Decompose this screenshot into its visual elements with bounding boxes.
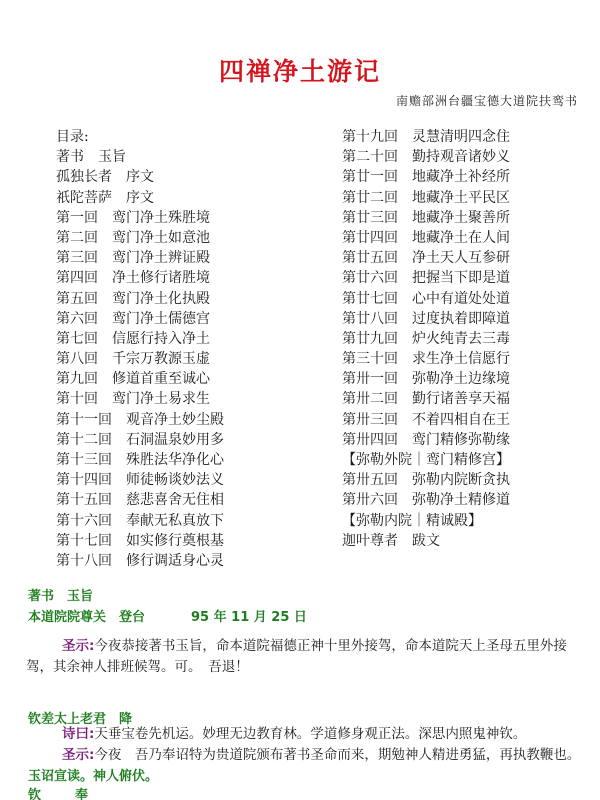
toc-entry: 第十二回石洞温泉妙用多 [56,430,224,450]
toc-entry: 第卅三回不着四相自在王 [342,410,510,430]
toc-entry: 第卅四回鸾门精修弥勒缘 [342,430,510,450]
document-subtitle: 南赡部洲台疆宝德大道院扶鸾书 [396,92,578,109]
toc-entry-title: 如实修行奠根基 [126,533,224,549]
toc-entry: 第八回千宗万教源玉虚 [56,349,224,369]
toc-entry-number: 第九回 [56,369,98,389]
toc-entry: 第卅二回勤行诸善享天福 [342,389,510,409]
toc-entry-number: 第卅六回 [342,490,398,510]
toc-entry-title: 慈悲喜舍无住相 [126,492,224,508]
closing-b: 奉 [75,788,88,800]
toc-entry-number: 祇陀菩萨 [56,188,112,208]
decree-text-2: 今夜 吾乃奉诏特为贵道院颁布著书圣命而来，期勉神人精进勇猛，再执教鞭也。 [94,747,580,763]
toc-entry-number: 第十七回 [56,531,112,551]
toc-entry-number: 迦叶尊者 [342,531,398,551]
toc-entry-title: 殊胜法华净化心 [126,452,224,468]
toc-entry-number: 第廿八回 [342,309,398,329]
closing-a: 钦 [28,788,41,800]
toc-entry-number: 第卅二回 [342,389,398,409]
toc-entry-title: 净土修行诸胜境 [112,270,210,286]
toc-entry-title: 鸾门净土化执殿 [112,291,210,307]
toc-entry-title: 过度执着即障道 [412,311,510,327]
decree-label: 圣示: [62,638,94,654]
toc-entry-number: 第五回 [56,289,98,309]
toc-entry-number: 第十二回 [56,430,112,450]
toc-entry: 第廿二回地藏净土平民区 [342,188,510,208]
section-title: 著书 玉旨 [28,585,93,604]
toc-entry-number: 第三回 [56,248,98,268]
toc-entry-title: 鸾门净土辨证殿 [112,250,210,266]
toc-entry-title: 玉旨 [98,149,126,165]
toc-entry: 第十三回殊胜法华净化心 [56,450,224,470]
toc-entry: 第九回修道首重至诚心 [56,369,224,389]
toc-entry: 第廿四回地藏净土在人间 [342,228,510,248]
toc-entry: 第三十回求生净土信愿行 [342,349,510,369]
toc-entry-number: 第二十回 [342,147,398,167]
toc-entry-number: 第廿四回 [342,228,398,248]
toc-entry-number: 第廿七回 [342,289,398,309]
poem-text: 天垂宝卷先机运。妙理无边教育林。学道修身观正法。深思内照鬼神钦。 [94,726,526,742]
toc-entry: 迦叶尊者跋文 [342,531,510,551]
toc-entry-number: 第卅三回 [342,410,398,430]
toc-entry-title: 弥勒净土边缘境 [412,371,510,387]
toc-entry-number: 【弥勒外院｜鸾门精修宫】 [342,450,510,470]
poem-label: 诗曰: [62,726,94,742]
toc-entry-title: 勤持观音诸妙义 [412,149,510,165]
toc-entry-number: 第十四回 [56,470,112,490]
toc-entry-number: 第十八回 [56,551,112,571]
toc-entry: 第七回信愿行持入净土 [56,329,224,349]
toc-entry-number: 第廿二回 [342,188,398,208]
toc-entry-title: 鸾门净土如意池 [112,230,210,246]
toc-entry-number: 第廿五回 [342,248,398,268]
toc-entry-number: 第二回 [56,228,98,248]
toc-entry-title: 序文 [126,190,154,206]
toc-entry-title: 鸾门净土易求生 [112,391,210,407]
toc-entry-title: 把握当下即是道 [412,270,510,286]
toc-entry: 第十四回师徒畅谈妙法义 [56,470,224,490]
toc-entry-number: 第卅一回 [342,369,398,389]
toc-entry: 第卅六回弥勒净土精修道 [342,490,510,510]
toc-entry-title: 求生净土信愿行 [412,351,510,367]
toc-heading: 目录: [56,127,224,147]
toc-entry-title: 石洞温泉妙用多 [126,432,224,448]
decree-paragraph-1: 圣示:今夜恭接著书玉旨，命本道院福德正神十里外接驾，命本道院天上圣母五里外接驾，… [26,636,586,678]
toc-entry-title: 弥勒净土精修道 [412,492,510,508]
toc-entry-number: 【弥勒内院｜精诚殿】 [342,511,482,531]
toc-entry: 第廿三回地藏净土聚善所 [342,208,510,228]
toc-entry-title: 观音净土妙尘殿 [126,412,224,428]
closing-line: 钦奉 [28,784,88,800]
toc-entry: 第廿六回把握当下即是道 [342,268,510,288]
toc-entry: 第十回鸾门净土易求生 [56,389,224,409]
toc-entry: 第廿五回净土天人互参研 [342,248,510,268]
imperial-decree-line: 玉诏宣读。神人俯伏。 [28,765,158,784]
toc-entry-number: 第十一回 [56,410,112,430]
toc-entry-number: 第一回 [56,208,98,228]
decree-line-2: 圣示:今夜 吾乃奉诏特为贵道院颁布著书圣命而来，期勉神人精进勇猛，再执教鞭也。 [26,745,586,766]
toc-entry-title: 净土天人互参研 [412,250,510,266]
toc-entry-title: 地藏净土在人间 [412,230,510,246]
toc-entry-number: 第三十回 [342,349,398,369]
toc-entry-number: 第十回 [56,389,98,409]
toc-entry-number: 第十九回 [342,127,398,147]
toc-entry-number: 孤独长者 [56,167,112,187]
toc-entry-number: 第十五回 [56,490,112,510]
toc-entry-number: 第卅五回 [342,470,398,490]
toc-entry-number: 第廿三回 [342,208,398,228]
toc-entry-title: 修道首重至诚心 [112,371,210,387]
toc-entry: 第五回鸾门净土化执殿 [56,289,224,309]
toc-entry-number: 第十三回 [56,450,112,470]
toc-entry-title: 炉火纯青去三毒 [412,331,510,347]
toc-entry: 第廿八回过度执着即障道 [342,309,510,329]
toc-entry-title: 勤行诸善享天福 [412,391,510,407]
session-line: 本道院院尊关 登台95 年 11 月 25 日 [28,606,307,625]
toc-entry-title: 鸾门精修弥勒缘 [412,432,510,448]
toc-entry-number: 第十六回 [56,511,112,531]
toc-entry-title: 鸾门净土殊胜境 [112,210,210,226]
toc-entry-title: 不着四相自在王 [412,412,510,428]
toc-entry: 第十一回观音净土妙尘殿 [56,410,224,430]
toc-entry: 【弥勒外院｜鸾门精修宫】 [342,450,510,470]
toc-entry-number: 第七回 [56,329,98,349]
toc-left-column: 目录: 著书玉旨孤独长者序文祇陀菩萨序文第一回鸾门净土殊胜境第二回鸾门净土如意池… [56,127,224,571]
toc-entry: 第二回鸾门净土如意池 [56,228,224,248]
toc-entry: 第三回鸾门净土辨证殿 [56,248,224,268]
toc-entry: 第十六回奉献无私真放下 [56,511,224,531]
toc-entry: 第十九回灵慧清明四念住 [342,127,510,147]
toc-entry: 第廿七回心中有道处处道 [342,289,510,309]
toc-entry: 第十七回如实修行奠根基 [56,531,224,551]
toc-entry-title: 地藏净土补经所 [412,169,510,185]
poem-line: 诗曰:天垂宝卷先机运。妙理无边教育林。学道修身观正法。深思内照鬼神钦。 [26,724,586,745]
toc-entry: 祇陀菩萨序文 [56,188,224,208]
toc-entry: 第十八回修行调适身心灵 [56,551,224,571]
toc-entry-title: 心中有道处处道 [412,291,510,307]
toc-entry-title: 修行调适身心灵 [126,553,224,569]
toc-entry-title: 千宗万教源玉虚 [112,351,210,367]
toc-entry-title: 跋文 [412,533,440,549]
toc-entry-number: 第四回 [56,268,98,288]
document-title: 四禅净土游记 [0,52,600,88]
session-host: 本道院院尊关 登台 [28,610,145,625]
toc-entry-title: 奉献无私真放下 [126,513,224,529]
toc-entry-title: 地藏净土聚善所 [412,210,510,226]
toc-entry-number: 第卅四回 [342,430,398,450]
toc-entry-number: 第廿九回 [342,329,398,349]
toc-entry-number: 第廿六回 [342,268,398,288]
toc-entry: 第廿九回炉火纯青去三毒 [342,329,510,349]
toc-entry-number: 第六回 [56,309,98,329]
toc-entry-title: 序文 [126,169,154,185]
toc-entry: 第一回鸾门净土殊胜境 [56,208,224,228]
toc-entry: 孤独长者序文 [56,167,224,187]
toc-entry: 第六回鸾门净土儒德宫 [56,309,224,329]
decree-label-2: 圣示: [62,747,94,763]
toc-entry-number: 第廿一回 [342,167,398,187]
toc-entry: 【弥勒内院｜精诚殿】 [342,511,510,531]
toc-entry-number: 第八回 [56,349,98,369]
poem-and-decree: 诗曰:天垂宝卷先机运。妙理无边教育林。学道修身观正法。深思内照鬼神钦。 圣示:今… [26,724,586,766]
session-date: 95 年 11 月 25 日 [191,610,307,625]
toc-entry-title: 鸾门净土儒德宫 [112,311,210,327]
toc-entry: 著书玉旨 [56,147,224,167]
decree-text: 今夜恭接著书玉旨，命本道院福德正神十里外接驾，命本道院天上圣母五里外接驾，其余神… [26,638,567,675]
toc-entry-title: 灵慧清明四念住 [412,129,510,145]
toc-entry-title: 信愿行持入净土 [112,331,210,347]
toc-entry: 第廿一回地藏净土补经所 [342,167,510,187]
toc-entry-title: 弥勒内院断贪执 [412,472,510,488]
toc-entry-title: 师徒畅谈妙法义 [126,472,224,488]
toc-entry: 第卅一回弥勒净土边缘境 [342,369,510,389]
toc-right-column: 第十九回灵慧清明四念住第二十回勤持观音诸妙义第廿一回地藏净土补经所第廿二回地藏净… [342,127,510,551]
toc-entry: 第十五回慈悲喜舍无住相 [56,490,224,510]
toc-entry-title: 地藏净土平民区 [412,190,510,206]
toc-entry: 第四回净土修行诸胜境 [56,268,224,288]
toc-entry: 第卅五回弥勒内院断贪执 [342,470,510,490]
toc-entry-number: 著书 [56,147,84,167]
toc-entry: 第二十回勤持观音诸妙义 [342,147,510,167]
